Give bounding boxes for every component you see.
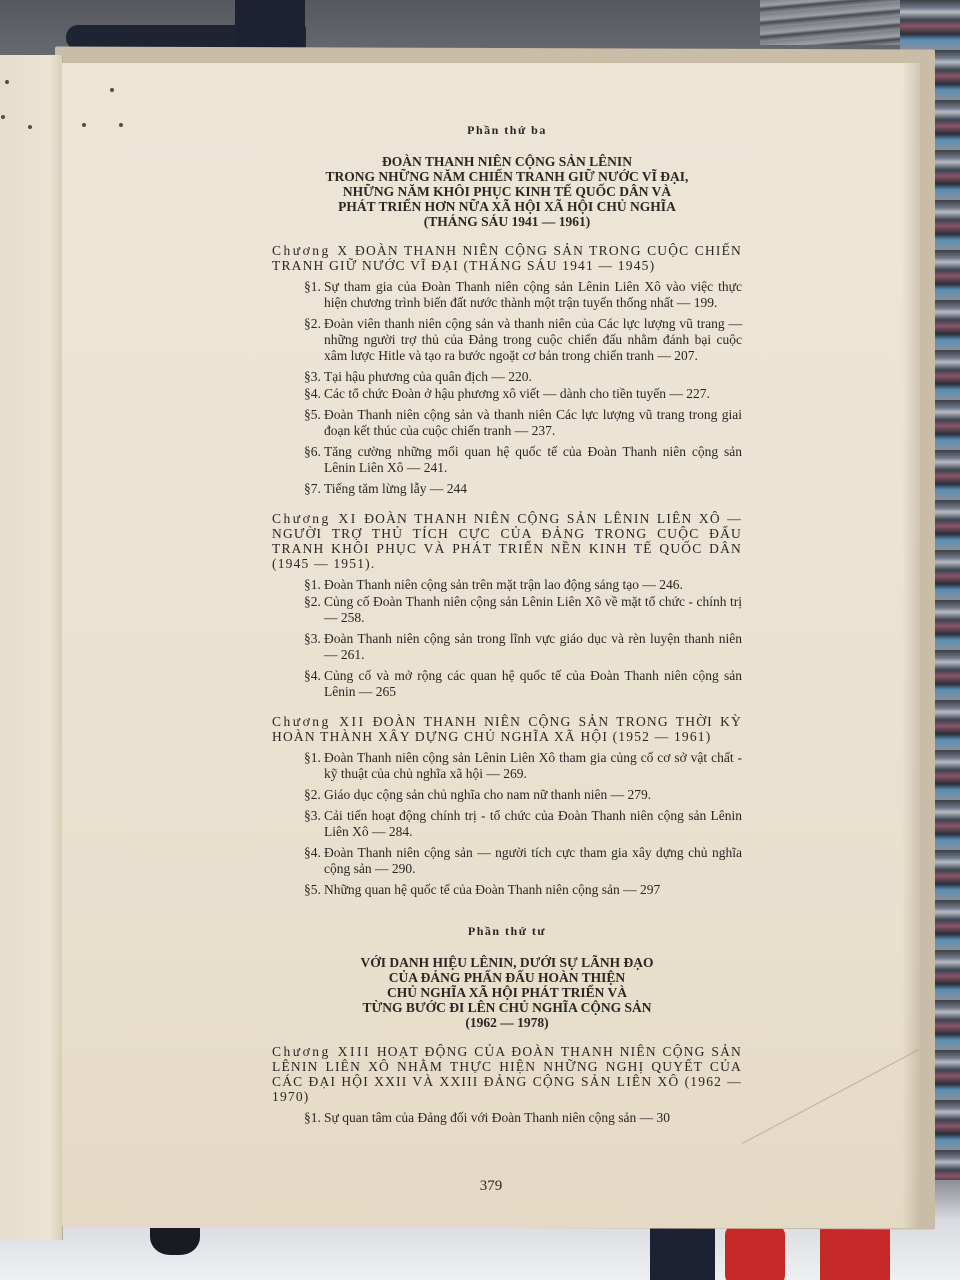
section-text: Tăng cường những mối quan hệ quốc tế của… xyxy=(324,444,742,476)
hole-mark xyxy=(1,115,5,119)
chapter-number: Chương XII xyxy=(272,714,366,729)
section-item: §2.Giáo dục cộng sản chủ nghĩa cho nam n… xyxy=(304,787,742,803)
section-text: Đoàn Thanh niên cộng sản trên mặt trận l… xyxy=(324,577,742,593)
chapter-number: Chương XIII xyxy=(272,1044,371,1059)
part-title-line: ĐOÀN THANH NIÊN CỘNG SẢN LÊNIN xyxy=(272,154,742,169)
section-number: §4. xyxy=(304,668,324,700)
section-text: Sự quan tâm của Đảng đối với Đoàn Thanh … xyxy=(324,1110,742,1126)
section-text: Đoàn Thanh niên cộng sản — người tích cự… xyxy=(324,845,742,877)
section-text: Đoàn Thanh niên cộng sản Lênin Liên Xô t… xyxy=(324,750,742,782)
section-number: §2. xyxy=(304,787,324,803)
section-item: §5.Những quan hệ quốc tế của Đoàn Thanh … xyxy=(304,882,742,898)
background-decoration xyxy=(820,1225,890,1280)
section-item: §1.Đoàn Thanh niên cộng sản Lênin Liên X… xyxy=(304,750,742,782)
section-text: Tại hậu phương của quân địch — 220. xyxy=(324,369,742,385)
section-item: §5.Đoàn Thanh niên cộng sản và thanh niê… xyxy=(304,407,742,439)
chapter-entry: Chương X ĐOÀN THANH NIÊN CỘNG SẢN TRONG … xyxy=(272,243,742,497)
section-text: Sự tham gia của Đoàn Thanh niên cộng sản… xyxy=(324,279,742,311)
hole-mark xyxy=(82,123,86,127)
part-title-line: (1962 — 1978) xyxy=(272,1015,742,1030)
part-title: VỚI DANH HIỆU LÊNIN, DƯỚI SỰ LÃNH ĐẠO CỦ… xyxy=(272,955,742,1030)
part-title-line: CHỦ NGHĨA XÃ HỘI PHÁT TRIỂN VÀ xyxy=(272,985,742,1000)
section-text: Những quan hệ quốc tế của Đoàn Thanh niê… xyxy=(324,882,742,898)
section-number: §2. xyxy=(304,594,324,626)
section-number: §4. xyxy=(304,386,324,402)
section-item: §1.Đoàn Thanh niên cộng sản trên mặt trậ… xyxy=(304,577,742,593)
section-list: §1.Sự tham gia của Đoàn Thanh niên cộng … xyxy=(272,279,742,497)
section-item: §3.Đoàn Thanh niên cộng sản trong lĩnh v… xyxy=(304,631,742,663)
hole-mark xyxy=(28,125,32,129)
section-list: §1.Đoàn Thanh niên cộng sản Lênin Liên X… xyxy=(272,750,742,898)
section-number: §2. xyxy=(304,316,324,364)
section-text: Các tổ chức Đoàn ở hậu phương xô viết — … xyxy=(324,386,742,402)
section-number: §3. xyxy=(304,631,324,663)
part-heading: Phần thứ tư VỚI DANH HIỆU LÊNIN, DƯỚI SỰ… xyxy=(272,924,742,1030)
book-page: Phần thứ ba ĐOÀN THANH NIÊN CỘNG SẢN LÊN… xyxy=(62,63,920,1228)
section-text: Giáo dục cộng sản chủ nghĩa cho nam nữ t… xyxy=(324,787,742,803)
background-object xyxy=(235,0,305,52)
chapter-number: Chương X xyxy=(272,243,350,258)
section-text: Đoàn viên thanh niên cộng sản và thanh n… xyxy=(324,316,742,364)
section-number: §4. xyxy=(304,845,324,877)
section-number: §3. xyxy=(304,808,324,840)
table-of-contents: Phần thứ ba ĐOÀN THANH NIÊN CỘNG SẢN LÊN… xyxy=(272,123,742,1131)
hole-mark xyxy=(110,88,114,92)
hole-mark xyxy=(119,123,123,127)
section-item: §6.Tăng cường những mối quan hệ quốc tế … xyxy=(304,444,742,476)
part-title-line: VỚI DANH HIỆU LÊNIN, DƯỚI SỰ LÃNH ĐẠO xyxy=(272,955,742,970)
section-number: §7. xyxy=(304,481,324,497)
part-title-line: TRONG NHỮNG NĂM CHIẾN TRANH GIỮ NƯỚC VĨ … xyxy=(272,169,742,184)
section-text: Tiếng tăm lừng lẫy — 244 xyxy=(324,481,742,497)
section-number: §3. xyxy=(304,369,324,385)
section-list: §1.Sự quan tâm của Đảng đối với Đoàn Tha… xyxy=(272,1110,742,1126)
part-label: Phần thứ ba xyxy=(272,123,742,138)
section-text: Đoàn Thanh niên cộng sản và thanh niên C… xyxy=(324,407,742,439)
chapter-number: Chương XI xyxy=(272,511,358,526)
part-title-line: CỦA ĐẢNG PHẤN ĐẤU HOÀN THIỆN xyxy=(272,970,742,985)
section-number: §1. xyxy=(304,750,324,782)
page-number: 379 xyxy=(62,1178,920,1195)
section-number: §1. xyxy=(304,577,324,593)
section-item: §3.Tại hậu phương của quân địch — 220. xyxy=(304,369,742,385)
section-number: §1. xyxy=(304,1110,324,1126)
section-list: §1.Đoàn Thanh niên cộng sản trên mặt trậ… xyxy=(272,577,742,700)
section-number: §5. xyxy=(304,882,324,898)
chapter-entry: Chương XI ĐOÀN THANH NIÊN CỘNG SẢN LÊNIN… xyxy=(272,511,742,700)
chapter-entry: Chương XII ĐOÀN THANH NIÊN CỘNG SẢN TRON… xyxy=(272,714,742,898)
section-item: §7.Tiếng tăm lừng lẫy — 244 xyxy=(304,481,742,497)
section-text: Cải tiến hoạt động chính trị - tổ chức c… xyxy=(324,808,742,840)
section-item: §4.Củng cố và mở rộng các quan hệ quốc t… xyxy=(304,668,742,700)
section-text: Đoàn Thanh niên cộng sản trong lĩnh vực … xyxy=(324,631,742,663)
chapter-entry: Chương XIII HOẠT ĐỘNG CỦA ĐOÀN THANH NIÊ… xyxy=(272,1044,742,1126)
section-item: §2.Đoàn viên thanh niên cộng sản và than… xyxy=(304,316,742,364)
part-title-line: TỪNG BƯỚC ĐI LÊN CHỦ NGHĨA CỘNG SẢN xyxy=(272,1000,742,1015)
background-decoration xyxy=(725,1225,785,1280)
section-text: Củng cố và mở rộng các quan hệ quốc tế c… xyxy=(324,668,742,700)
chapter-heading: Chương XIII HOẠT ĐỘNG CỦA ĐOÀN THANH NIÊ… xyxy=(272,1044,742,1104)
section-number: §5. xyxy=(304,407,324,439)
previous-page xyxy=(0,55,63,1240)
part-title-line: NHỮNG NĂM KHÔI PHỤC KINH TẾ QUỐC DÂN VÀ xyxy=(272,184,742,199)
section-number: §6. xyxy=(304,444,324,476)
section-number: §1. xyxy=(304,279,324,311)
part-title: ĐOÀN THANH NIÊN CỘNG SẢN LÊNIN TRONG NHỮ… xyxy=(272,154,742,229)
part-title-line: (THÁNG SÁU 1941 — 1961) xyxy=(272,214,742,229)
chapter-heading: Chương XI ĐOÀN THANH NIÊN CỘNG SẢN LÊNIN… xyxy=(272,511,742,571)
part-label: Phần thứ tư xyxy=(272,924,742,939)
section-text: Củng cố Đoàn Thanh niên cộng sản Lênin L… xyxy=(324,594,742,626)
section-item: §3.Cải tiến hoạt động chính trị - tổ chứ… xyxy=(304,808,742,840)
section-item: §1.Sự quan tâm của Đảng đối với Đoàn Tha… xyxy=(304,1110,742,1126)
background-decoration xyxy=(650,1225,715,1280)
hole-mark xyxy=(5,80,9,84)
part-heading: Phần thứ ba ĐOÀN THANH NIÊN CỘNG SẢN LÊN… xyxy=(272,123,742,229)
section-item: §4.Các tổ chức Đoàn ở hậu phương xô viết… xyxy=(304,386,742,402)
section-item: §2.Củng cố Đoàn Thanh niên cộng sản Lêni… xyxy=(304,594,742,626)
chapter-heading: Chương XII ĐOÀN THANH NIÊN CỘNG SẢN TRON… xyxy=(272,714,742,744)
section-item: §4.Đoàn Thanh niên cộng sản — người tích… xyxy=(304,845,742,877)
section-item: §1.Sự tham gia của Đoàn Thanh niên cộng … xyxy=(304,279,742,311)
chapter-heading: Chương X ĐOÀN THANH NIÊN CỘNG SẢN TRONG … xyxy=(272,243,742,273)
part-title-line: PHÁT TRIỂN HƠN NỮA XÃ HỘI XÃ HỘI CHỦ NGH… xyxy=(272,199,742,214)
